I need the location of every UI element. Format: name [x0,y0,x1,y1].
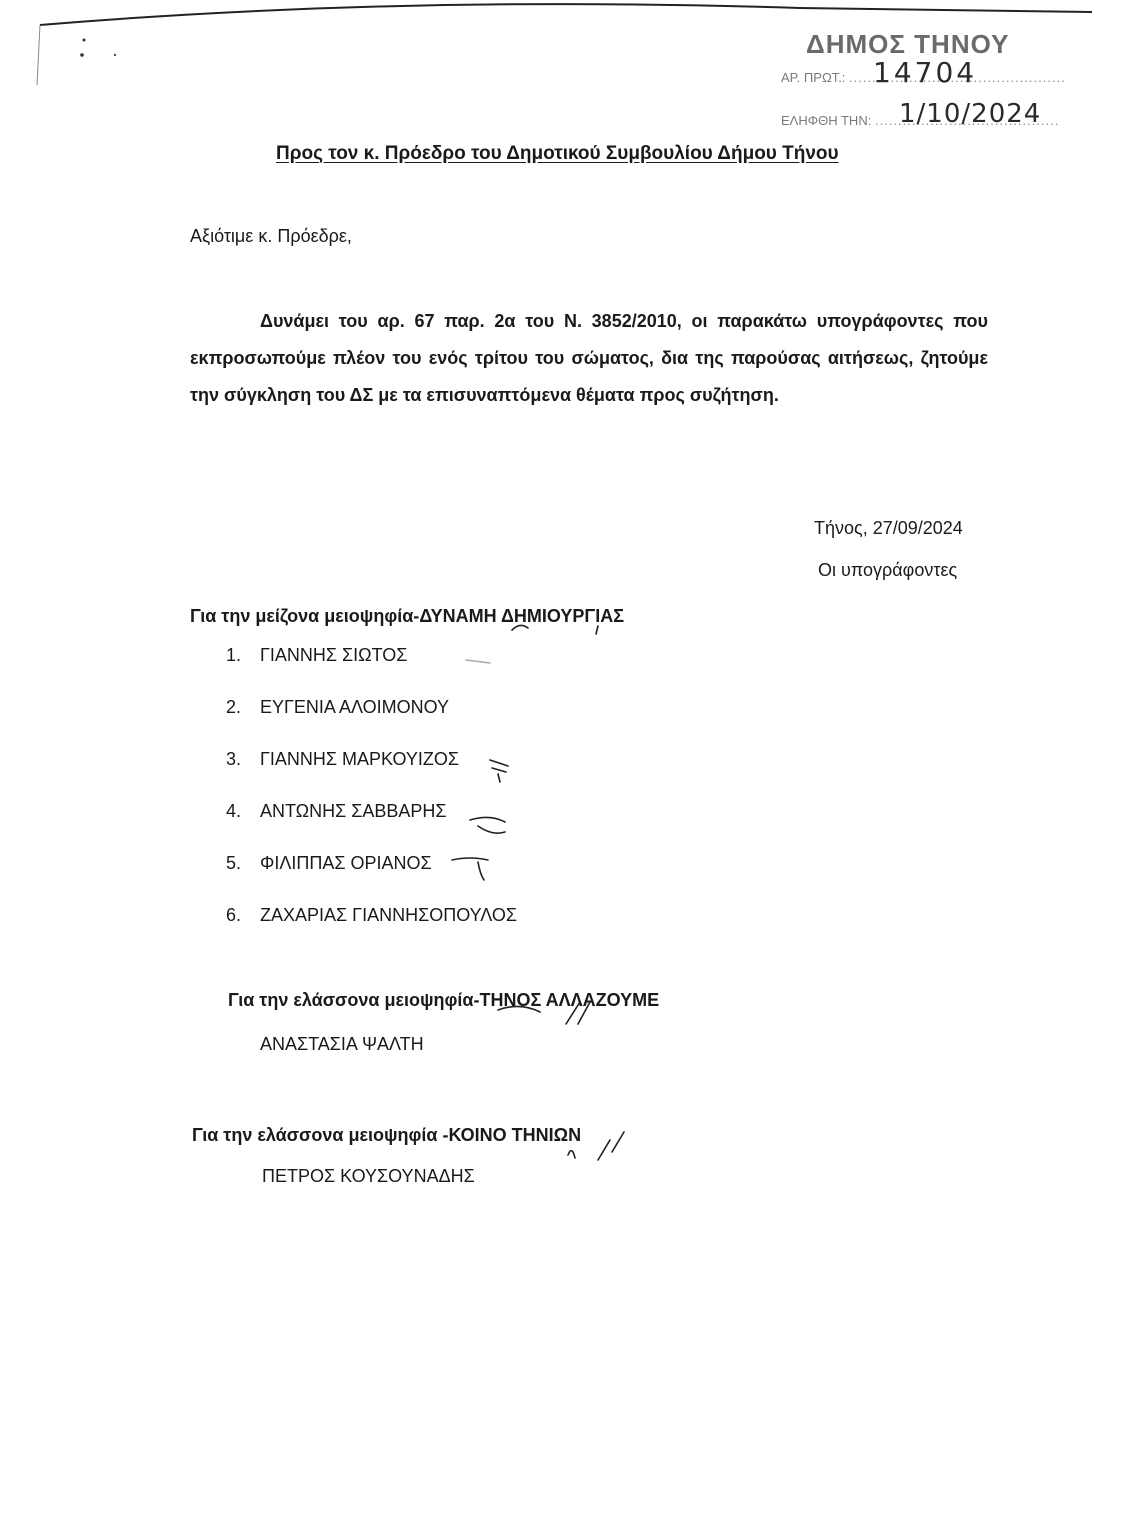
body-paragraph: Δυνάμει του αρ. 67 παρ. 2α του Ν. 3852/2… [190,303,988,414]
party-name: ΔΥΝΑΜΗ ΔΗΜΙΟΥΡΓΙΑΣ [419,606,624,626]
group-heading-major-minority: Για την μείζονα μειοψηφία-ΔΥΝΑΜΗ ΔΗΜΙΟΥΡ… [190,606,624,627]
member-name: ΖΑΧΑΡΙΑΣ ΓΙΑΝΝΗΣΟΠΟΥΛΟΣ [260,905,517,957]
party-name: ΤΗΝΟΣ ΑΛΛΑΖΟΥΜΕ [480,990,660,1010]
group-heading-prefix: Για την μείζονα μειοψηφία- [190,606,419,626]
list-item: 5.ΦΙΛΙΠΠΑΣ ΟΡΙΑΝΟΣ [226,853,517,905]
list-item: 4.ΑΝΤΩΝΗΣ ΣΑΒΒΑΡΗΣ [226,801,517,853]
group-heading-prefix: Για την ελάσσονα μειοψηφία - [192,1125,449,1145]
member-name: ΓΙΑΝΝΗΣ ΜΑΡΚΟΥΙΖΟΣ [260,749,459,801]
list-item: 6.ΖΑΧΑΡΙΑΣ ΓΙΑΝΝΗΣΟΠΟΥΛΟΣ [226,905,517,957]
place-date: Τήνος, 27/09/2024 [814,518,963,539]
signatories-label: Οι υπογράφοντες [818,560,957,581]
group-heading-minor-minority-2: Για την ελάσσονα μειοψηφία -ΚΟΙΝΟ ΤΗΝΙΩΝ [192,1125,581,1146]
protocol-number-row: ΑΡ. ΠΡΩΤ.: .............................… [781,70,1066,85]
protocol-number: 14704 [873,56,977,89]
item-number: 1. [226,645,260,697]
received-label: ΕΛΗΦΘΗ ΤΗΝ: [781,113,871,128]
page-edge [0,0,1125,1536]
recipient-heading: Προς τον κ. Πρόεδρο του Δημοτικού Συμβου… [276,143,839,165]
group-heading-prefix: Για την ελάσσονα μειοψηφία- [228,990,480,1010]
group-heading-minor-minority: Για την ελάσσονα μειοψηφία-ΤΗΝΟΣ ΑΛΛΑΖΟΥ… [228,990,659,1011]
list-item: 3.ΓΙΑΝΝΗΣ ΜΑΡΚΟΥΙΖΟΣ [226,749,517,801]
protocol-label: ΑΡ. ΠΡΩΤ.: [781,70,845,85]
party-name: ΚΟΙΝΟ ΤΗΝΙΩΝ [449,1125,582,1145]
member-name: ΑΝΤΩΝΗΣ ΣΑΒΒΑΡΗΣ [260,801,447,853]
salutation: Αξιότιμε κ. Πρόεδρε, [190,226,352,247]
item-number: 2. [226,697,260,749]
received-date: 1/10/2024 [899,99,1041,129]
received-date-row: ΕΛΗΦΘΗ ΤΗΝ: ............................… [781,113,1059,128]
signature-strokes [0,0,1125,1536]
member-name: ΦΙΛΙΠΠΑΣ ΟΡΙΑΝΟΣ [260,853,432,905]
item-number: 3. [226,749,260,801]
member-name: ΓΙΑΝΝΗΣ ΣΙΩΤΟΣ [260,645,407,697]
item-number: 5. [226,853,260,905]
member-name: ΠΕΤΡΟΣ ΚΟΥΣΟΥΝΑΔΗΣ [262,1166,475,1187]
member-list: 1.ΓΙΑΝΝΗΣ ΣΙΩΤΟΣ 2.ΕΥΓΕΝΙΑ ΑΛΟΙΜΟΝΟΥ 3.Γ… [226,645,517,957]
item-number: 4. [226,801,260,853]
member-name: ΕΥΓΕΝΙΑ ΑΛΟΙΜΟΝΟΥ [260,697,449,749]
member-name: ΑΝΑΣΤΑΣΙΑ ΨΑΛΤΗ [260,1034,424,1055]
item-number: 6. [226,905,260,957]
list-item: 1.ΓΙΑΝΝΗΣ ΣΙΩΤΟΣ [226,645,517,697]
list-item: 2.ΕΥΓΕΝΙΑ ΑΛΟΙΜΟΝΟΥ [226,697,517,749]
